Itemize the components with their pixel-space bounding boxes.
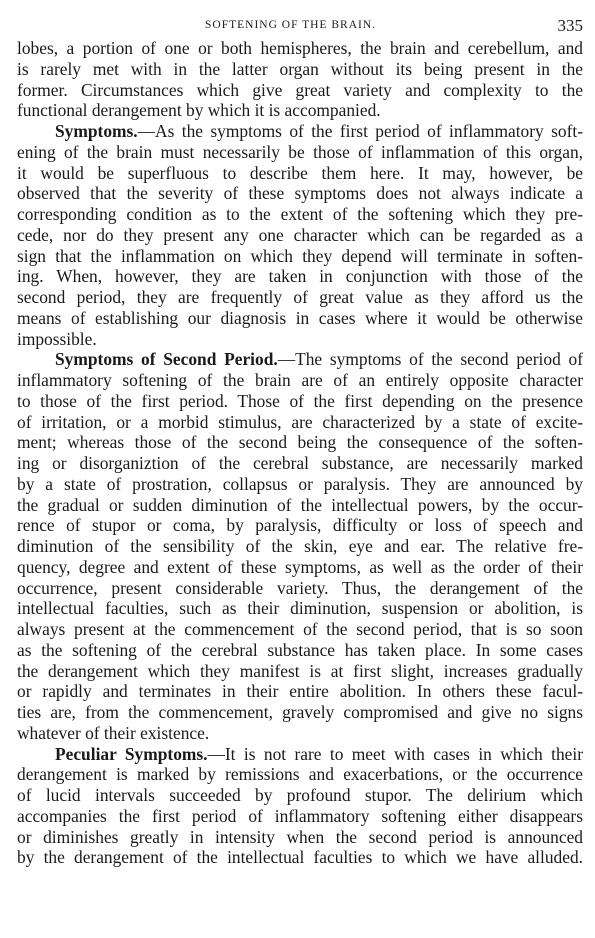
line-text: means of establishing our diagnosis in c… xyxy=(17,308,583,328)
line-text: inflammatory softening of the brain are … xyxy=(17,370,583,390)
text-line: whatever of their existence. xyxy=(17,723,583,744)
text-line: always present at the commencement of th… xyxy=(17,619,583,640)
line-text: ment; whereas those of the second being … xyxy=(17,432,583,452)
line-text: rence of stupor or coma, by paralysis, d… xyxy=(17,515,583,535)
text-line: by a state of prostration, collapsus or … xyxy=(17,474,583,495)
text-line: it would be superfluous to describe them… xyxy=(17,163,583,184)
section-heading: Symptoms of Second Period. xyxy=(55,349,278,369)
text-line: of lucid intervals succeeded by profound… xyxy=(17,785,583,806)
line-text: ening of the brain must necessarily be t… xyxy=(17,142,583,162)
body-text: lobes, a portion of one or both hemisphe… xyxy=(17,38,583,868)
text-line: functional derangement by which it is ac… xyxy=(17,100,583,121)
text-line: intellectual faculties, such as their di… xyxy=(17,598,583,619)
line-text: sign that the inflammation on which they… xyxy=(17,246,583,266)
line-text: corresponding condition as to the extent… xyxy=(17,204,583,224)
line-text: derangement is marked by remissions and … xyxy=(17,764,583,784)
text-line: rence of stupor or coma, by paralysis, d… xyxy=(17,515,583,536)
text-line: ties are, from the commencement, gravely… xyxy=(17,702,583,723)
text-line: ening of the brain must necessarily be t… xyxy=(17,142,583,163)
page-number: 335 xyxy=(558,16,584,36)
text-line: diminution of the sensibility of the ski… xyxy=(17,536,583,557)
text-line: as the softening of the cerebral substan… xyxy=(17,640,583,661)
line-text: by a state of prostration, collapsus or … xyxy=(17,474,583,494)
line-text: or rapidly and terminates in their entir… xyxy=(17,681,583,701)
line-text: is rarely met with in the latter organ w… xyxy=(17,59,583,79)
line-text: —It is not rare to meet with cases in wh… xyxy=(208,744,584,764)
line-text: former. Circumstances which give great v… xyxy=(17,80,583,100)
line-text: to those of the first period. Those of t… xyxy=(17,391,583,411)
text-line: cede, nor do they present any one charac… xyxy=(17,225,583,246)
text-line: derangement is marked by remissions and … xyxy=(17,764,583,785)
line-text: impossible. xyxy=(17,329,97,349)
text-line: or rapidly and terminates in their entir… xyxy=(17,681,583,702)
text-line: the derangement which they manifest is a… xyxy=(17,661,583,682)
line-text: accompanies the first period of inflamma… xyxy=(17,806,583,826)
line-text: observed that the severity of these symp… xyxy=(17,183,583,203)
section-first-line: Symptoms.—As the symptoms of the first p… xyxy=(17,121,583,142)
running-title: SOFTENING OF THE BRAIN. xyxy=(205,19,376,31)
text-line: lobes, a portion of one or both hemisphe… xyxy=(17,38,583,59)
section-first-line: Peculiar Symptoms.—It is not rare to mee… xyxy=(17,744,583,765)
page-header: SOFTENING OF THE BRAIN. 335 xyxy=(0,16,595,36)
text-line: or diminishes greatly in intensity when … xyxy=(17,827,583,848)
line-text: the gradual or sudden diminution of the … xyxy=(17,495,583,515)
line-text: of irritation, or a morbid stimulus, are… xyxy=(17,412,583,432)
line-text: lobes, a portion of one or both hemisphe… xyxy=(17,38,583,58)
line-text: it would be superfluous to describe them… xyxy=(17,163,583,183)
line-text: always present at the commencement of th… xyxy=(17,619,583,639)
text-line: the gradual or sudden diminution of the … xyxy=(17,495,583,516)
line-text: functional derangement by which it is ac… xyxy=(17,100,381,120)
section-heading: Peculiar Symptoms. xyxy=(55,744,208,764)
text-line: second period, they are frequently of gr… xyxy=(17,287,583,308)
text-line: sign that the inflammation on which they… xyxy=(17,246,583,267)
line-text: second period, they are frequently of gr… xyxy=(17,287,583,307)
text-line: inflammatory softening of the brain are … xyxy=(17,370,583,391)
line-text: by the derangement of the intellectual f… xyxy=(17,847,583,867)
line-text: ing. When, however, they are taken in co… xyxy=(17,266,583,286)
section-first-line: Symptoms of Second Period.—The symptoms … xyxy=(17,349,583,370)
line-text: of lucid intervals succeeded by profound… xyxy=(17,785,583,805)
text-line: ing. When, however, they are taken in co… xyxy=(17,266,583,287)
text-line: to those of the first period. Those of t… xyxy=(17,391,583,412)
text-line: is rarely met with in the latter organ w… xyxy=(17,59,583,80)
text-line: observed that the severity of these symp… xyxy=(17,183,583,204)
text-line: impossible. xyxy=(17,329,583,350)
text-line: means of establishing our diagnosis in c… xyxy=(17,308,583,329)
line-text: cede, nor do they present any one charac… xyxy=(17,225,583,245)
line-text: intellectual faculties, such as their di… xyxy=(17,598,583,618)
line-text: as the softening of the cerebral substan… xyxy=(17,640,583,660)
line-text: ing or disorganiztion of the cerebral su… xyxy=(17,453,583,473)
text-line: of irritation, or a morbid stimulus, are… xyxy=(17,412,583,433)
line-text: —As the symptoms of the first period of … xyxy=(138,121,583,141)
line-text: or diminishes greatly in intensity when … xyxy=(17,827,583,847)
line-text: occurrence, present considerable variety… xyxy=(17,578,583,598)
line-text: —The symptoms of the second period of xyxy=(278,349,583,369)
text-line: former. Circumstances which give great v… xyxy=(17,80,583,101)
line-text: quency, degree and extent of these sympt… xyxy=(17,557,583,577)
section-heading: Symptoms. xyxy=(55,121,138,141)
line-text: the derangement which they manifest is a… xyxy=(17,661,583,681)
line-text: ties are, from the commencement, gravely… xyxy=(17,702,583,722)
text-line: accompanies the first period of inflamma… xyxy=(17,806,583,827)
line-text: diminution of the sensibility of the ski… xyxy=(17,536,583,556)
text-line: ing or disorganiztion of the cerebral su… xyxy=(17,453,583,474)
text-line: quency, degree and extent of these sympt… xyxy=(17,557,583,578)
text-line: occurrence, present considerable variety… xyxy=(17,578,583,599)
text-line: corresponding condition as to the extent… xyxy=(17,204,583,225)
text-line: ment; whereas those of the second being … xyxy=(17,432,583,453)
text-line: by the derangement of the intellectual f… xyxy=(17,847,583,868)
line-text: whatever of their existence. xyxy=(17,723,209,743)
